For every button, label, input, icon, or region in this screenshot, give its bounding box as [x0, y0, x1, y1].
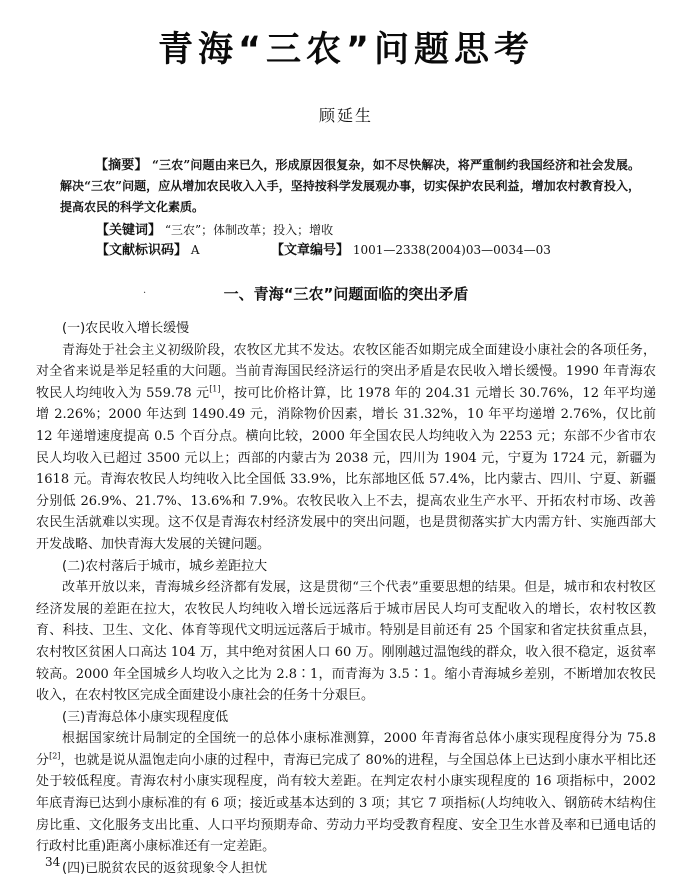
- abstract-label: 【摘要】: [95, 158, 148, 173]
- paragraph: 青海处于社会主义初级阶段，农牧区尤其不发达。农牧区能否如期完成全面建设小康社会的…: [36, 340, 656, 556]
- keywords: 【关键词】 “三农”；体制改革；投入；增收: [96, 219, 333, 238]
- keywords-label: 【关键词】: [96, 223, 161, 238]
- subsection-heading: (三)青海总体小康实现程度低: [36, 707, 656, 729]
- abstract: 【摘要】 “三农”问题由来已久，形成原因很复杂，如不尽快解决，将严重制约我国经济…: [60, 155, 640, 218]
- author-name: 顾延生: [0, 103, 692, 126]
- document-code-label: 【文献标识码】: [96, 243, 187, 258]
- page-number: 34: [45, 855, 60, 869]
- paragraph-text: ，也就是说从温饱走向小康的过程中，青海已完成了 80%的进程，与全国总体上已达到…: [36, 753, 656, 854]
- subsection-heading: (四)已脱贫农民的返贫现象令人担忧: [36, 858, 656, 875]
- document-code-value: A: [191, 243, 200, 257]
- subsection-heading: (一)农民收入增长缓慢: [36, 318, 656, 340]
- article-number: 【文章编号】 1001—2338(2004)03—0034—03: [271, 239, 551, 258]
- document-meta: 【文献标识码】 A 【文章编号】 1001—2338(2004)03—0034—…: [96, 239, 200, 258]
- paragraph: 根据国家统计局制定的全国统一的总体小康标准测算，2000 年青海省总体小康实现程…: [36, 728, 656, 858]
- reference-marker[interactable]: [1]: [209, 384, 220, 393]
- article-number-label: 【文章编号】: [271, 243, 349, 258]
- reference-marker[interactable]: [2]: [49, 752, 60, 761]
- body-text: (一)农民收入增长缓慢 青海处于社会主义初级阶段，农牧区尤其不发达。农牧区能否如…: [36, 318, 656, 875]
- paragraph: 改革开放以来，青海城乡经济都有发展，这是贯彻“三个代表”重要思想的结果。但是，城…: [36, 577, 656, 707]
- article-number-value: 1001—2338(2004)03—0034—03: [353, 243, 551, 257]
- subsection-heading: (二)农村落后于城市，城乡差距拉大: [36, 556, 656, 578]
- section-heading: 一、青海“三农”问题面临的突出矛盾: [0, 283, 692, 304]
- keywords-text: “三农”；体制改革；投入；增收: [165, 223, 333, 237]
- paragraph-text: ，按可比价格计算，比 1978 年的 204.31 元增长 30.76%，12 …: [36, 386, 656, 552]
- article-title: 青海“三农”问题思考: [0, 22, 692, 72]
